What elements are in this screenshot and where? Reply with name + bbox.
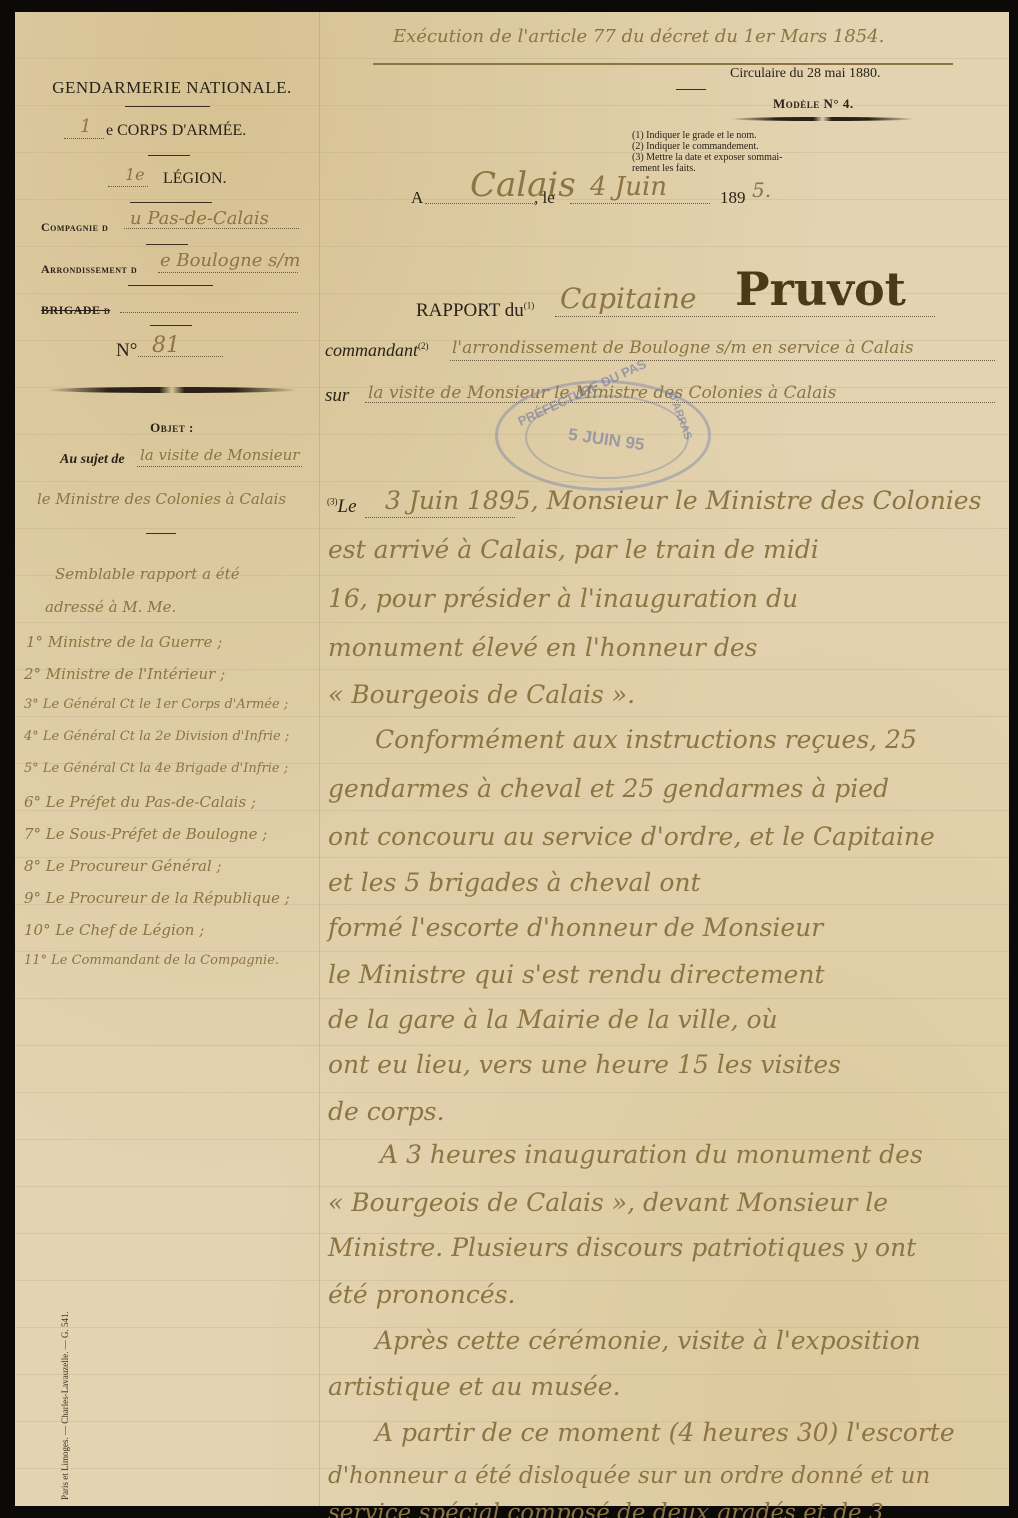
recipient-item: 2° Ministre de l'Intérieur ;: [24, 665, 225, 683]
recipients-intro-line1: Semblable rapport a été: [55, 565, 240, 583]
body-line: « Bourgeois de Calais ».: [328, 680, 635, 709]
body-line: 3 Juin 1895, Monsieur le Ministre des Co…: [385, 486, 981, 515]
divider: [148, 155, 190, 156]
body-line: A partir de ce moment (4 heures 30) l'es…: [375, 1418, 955, 1447]
body-line: Après cette cérémonie, visite à l'exposi…: [375, 1326, 921, 1355]
compagnie-dots: [124, 228, 299, 229]
year-prefix: 189: [720, 188, 746, 208]
divider: [130, 202, 212, 203]
gendarmerie-title: GENDARMERIE NATIONALE.: [52, 78, 292, 98]
divider: [125, 106, 210, 107]
body-le-label: (3)Le: [327, 496, 357, 518]
sur-label: sur: [325, 385, 349, 407]
corps-dots: [64, 138, 104, 139]
place-value: Calais: [470, 165, 576, 205]
date-dots: [570, 203, 710, 204]
body-line: ont concouru au service d'ordre, et le C…: [328, 822, 935, 851]
divider: [150, 325, 192, 326]
body-line: « Bourgeois de Calais », devant Monsieur…: [328, 1188, 888, 1217]
divider: [146, 244, 188, 245]
body-line: Conformément aux instructions reçues, 25: [375, 725, 917, 754]
recipient-item: 7° Le Sous-Préfet de Boulogne ;: [24, 825, 267, 843]
body-line: et les 5 brigades à cheval ont: [328, 868, 701, 897]
printer-imprint: Paris et Limoges. — Charles-Lavauzelle. …: [60, 1311, 70, 1500]
divider: [676, 89, 706, 90]
recipient-item: 4° Le Général Ct la 2e Division d'Infrie…: [24, 729, 289, 744]
place-prefix: A: [411, 188, 423, 208]
year-value: 5.: [752, 178, 771, 202]
recipient-item: 11° Le Commandant de la Compagnie.: [24, 953, 279, 968]
notes-block: (1) Indiquer le grade et le nom. (2) Ind…: [632, 130, 783, 174]
recipient-item: 1° Ministre de la Guerre ;: [26, 633, 222, 651]
numero-value: 81: [152, 333, 180, 358]
body-line: de corps.: [328, 1097, 445, 1126]
sujet-line1: la visite de Monsieur: [140, 446, 299, 464]
compagnie-value: u Pas-de-Calais: [130, 208, 269, 229]
body-line: été prononcés.: [328, 1280, 515, 1309]
commandant-dots: [450, 360, 995, 361]
arrondissement-dots: [158, 272, 298, 273]
body-line: 16, pour présider à l'inauguration du: [328, 584, 798, 613]
ornamental-swash: [46, 387, 298, 393]
body-line: ont eu lieu, vers une heure 15 les visit…: [328, 1050, 841, 1079]
recipient-item: 9° Le Procureur de la République ;: [24, 889, 290, 907]
circulaire-text: Circulaire du 28 mai 1880.: [730, 66, 880, 82]
date-prefix: , le: [534, 188, 555, 208]
note-ref-1: (1): [524, 301, 535, 311]
recipient-item: 3° Le Général Ct le 1er Corps d'Armée ;: [24, 697, 288, 712]
objet-label: Objet :: [52, 420, 292, 436]
modele-text: Modèle N° 4.: [773, 96, 854, 112]
recipient-item: 6° Le Préfet du Pas-de-Calais ;: [24, 793, 256, 811]
body-line: artistique et au musée.: [328, 1372, 621, 1401]
body-le-dots: [365, 517, 515, 518]
note-ref-3: (3): [327, 497, 338, 507]
note-ref-2: (2): [418, 341, 429, 351]
sujet-dots: [137, 466, 302, 467]
legion-label: LÉGION.: [163, 170, 227, 188]
recipient-item: 8° Le Procureur Général ;: [24, 857, 222, 875]
body-line: gendarmes à cheval et 25 gendarmes à pie…: [328, 774, 889, 803]
sujet-line2: le Ministre des Colonies à Calais: [37, 490, 286, 508]
arrondissement-value: e Boulogne s/m: [160, 250, 300, 271]
body-line: d'honneur a été disloquée sur un ordre d…: [328, 1463, 930, 1489]
header-annotation: Exécution de l'article 77 du décret du 1…: [393, 26, 884, 47]
rapport-label: RAPPORT du(1): [416, 300, 534, 322]
legion-number: 1e: [125, 165, 145, 184]
commandant-value: l'arrondissement de Boulogne s/m en serv…: [452, 338, 914, 358]
place-dots: [425, 203, 535, 204]
date-value: 4 Juin: [590, 172, 667, 202]
legion-dots: [108, 186, 148, 187]
body-line: le Ministre qui s'est rendu directement: [328, 960, 825, 989]
note-3: (3) Mettre la date et exposer sommai-: [632, 152, 783, 163]
commandant-word: commandant: [325, 340, 418, 360]
brigade-dots: [120, 312, 298, 313]
note-2: (2) Indiquer le commandement.: [632, 141, 783, 152]
body-le-word: Le: [338, 496, 357, 517]
numero-label: N°: [116, 340, 137, 362]
commandant-label: commandant(2): [325, 340, 429, 361]
compagnie-label: Compagnie d: [41, 220, 108, 235]
divider: [128, 285, 213, 286]
recipients-intro-line2: adressé à M. Me.: [45, 598, 176, 616]
note-1: (1) Indiquer le grade et le nom.: [632, 130, 783, 141]
body-line: de la gare à la Mairie de la ville, où: [328, 1005, 778, 1034]
body-line: monument élevé en l'honneur des: [328, 633, 758, 662]
divider: [146, 533, 176, 534]
ornamental-swash: [730, 117, 915, 121]
arrondissement-label: Arrondissement d: [41, 262, 137, 277]
corps-label: e CORPS D'ARMÉE.: [106, 122, 246, 140]
body-line: A 3 heures inauguration du monument des: [380, 1140, 923, 1169]
rapport-grade: Capitaine: [560, 282, 697, 315]
rapport-word: RAPPORT du: [416, 300, 524, 321]
brigade-label: BRIGADE d: [41, 303, 110, 318]
recipient-item: 5° Le Général Ct la 4e Brigade d'Infrie …: [24, 761, 288, 776]
corps-number: 1: [80, 116, 91, 137]
column-divider: [319, 12, 320, 1506]
recipient-item: 10° Le Chef de Légion ;: [24, 921, 204, 939]
body-line: service spécial composé de deux gradés e…: [328, 1500, 884, 1518]
body-line: Ministre. Plusieurs discours patriotique…: [328, 1233, 916, 1262]
body-line: formé l'escorte d'honneur de Monsieur: [328, 913, 823, 942]
body-line: est arrivé à Calais, par le train de mid…: [328, 535, 819, 564]
numero-dots: [138, 356, 223, 357]
rapport-signature-name: Pruvot: [735, 262, 906, 316]
header-underline: [373, 63, 953, 65]
sujet-label: Au sujet de: [60, 452, 125, 468]
rapport-dots: [555, 316, 935, 317]
